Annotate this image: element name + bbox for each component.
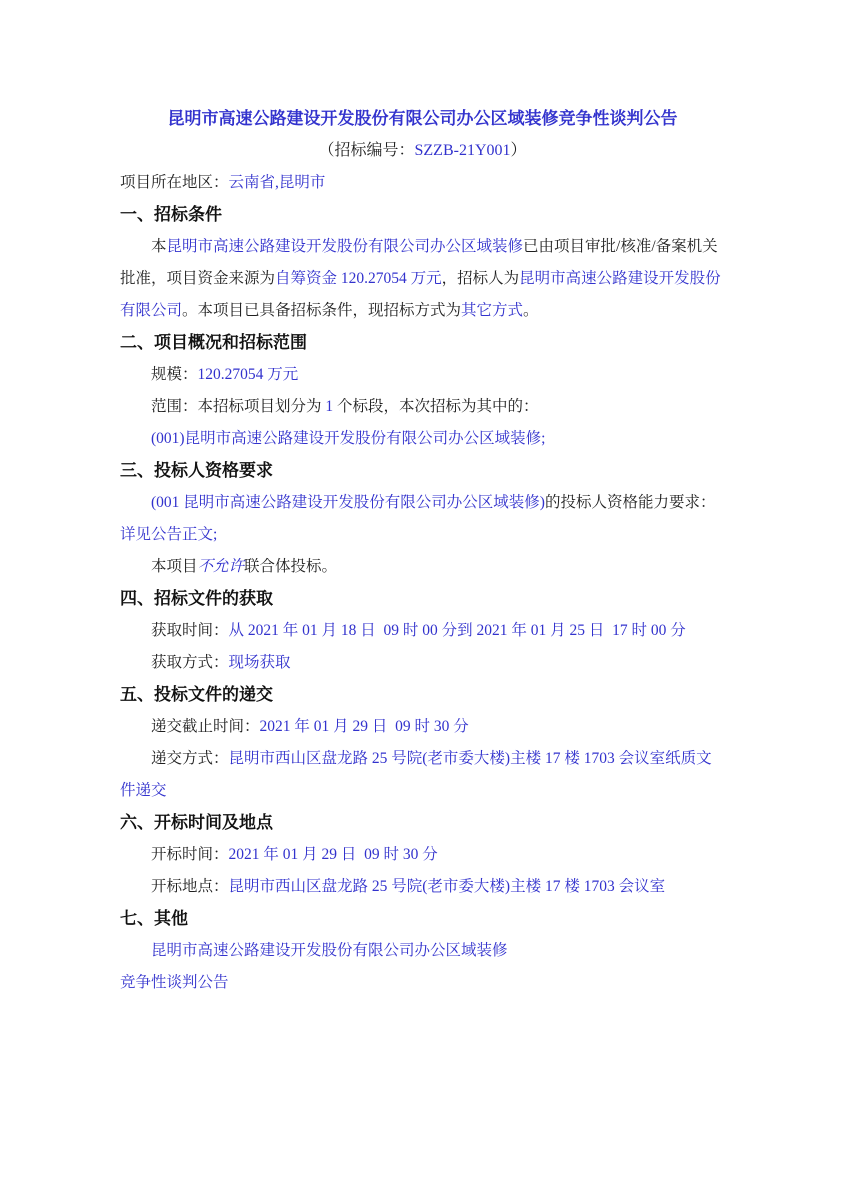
project-scale-line: 规模：120.27054 万元 [120, 359, 725, 391]
consortium-text: 本项目 [151, 558, 198, 575]
submission-deadline-value: 2021 年 01 月 29 日 09 时 30 分 [260, 718, 469, 735]
bid-opening-time-line: 开标时间：2021 年 01 月 29 日 09 时 30 分 [120, 839, 725, 871]
tender-method-value: 其它方式 [461, 302, 523, 319]
other-announcement-type-line: 竞争性谈判公告 [120, 967, 725, 999]
submission-deadline-label: 递交截止时间： [151, 718, 260, 735]
tender-scope-text: 个标段，本次招标为其中的： [333, 398, 538, 415]
tender-number-code: SZZB-21Y001 [415, 142, 511, 159]
section-3-heading: 三、投标人资格要求 [120, 455, 725, 487]
lot-count-value: 1 [325, 398, 333, 415]
submission-deadline-line: 递交截止时间：2021 年 01 月 29 日 09 时 30 分 [120, 711, 725, 743]
section-6-heading: 六、开标时间及地点 [120, 807, 725, 839]
document-obtain-time-value: 从 2021 年 01 月 18 日 09 时 00 分到 2021 年 01 … [229, 622, 686, 639]
tender-conditions-paragraph: 本昆明市高速公路建设开发股份有限公司办公区域装修已由项目审批/核准/备案机关批准… [120, 231, 725, 327]
qualification-detail-ref: 详见公告正文; [120, 526, 217, 543]
other-project-name-value: 昆明市高速公路建设开发股份有限公司办公区域装修 [151, 942, 508, 959]
project-region-label: 项目所在地区： [120, 174, 229, 191]
paragraph-text: 。 [523, 302, 539, 319]
paragraph-text: 本 [151, 238, 167, 255]
section-5-heading: 五、投标文件的递交 [120, 679, 725, 711]
tender-number-prefix: （招标编号： [318, 142, 414, 159]
document-obtain-method-label: 获取方式： [151, 654, 229, 671]
tender-number-line: （招标编号：SZZB-21Y001） [120, 135, 725, 167]
document-obtain-time-label: 获取时间： [151, 622, 229, 639]
project-region-line: 项目所在地区：云南省,昆明市 [120, 167, 725, 199]
bid-opening-place-value: 昆明市西山区盘龙路 25 号院(老市委大楼)主楼 17 楼 1703 会议室 [229, 878, 666, 895]
lot-qualification-ref: (001 昆明市高速公路建设开发股份有限公司办公区域装修) [151, 494, 545, 511]
bid-opening-place-line: 开标地点：昆明市西山区盘龙路 25 号院(老市委大楼)主楼 17 楼 1703 … [120, 871, 725, 903]
section-4-heading: 四、招标文件的获取 [120, 583, 725, 615]
tender-scope-line: 范围：本招标项目划分为 1 个标段，本次招标为其中的： [120, 391, 725, 423]
tender-scope-text: 本招标项目划分为 [198, 398, 326, 415]
document-obtain-method-value: 现场获取 [229, 654, 291, 671]
tender-scope-label: 范围： [151, 398, 198, 415]
other-announcement-type-value: 竞争性谈判公告 [120, 974, 229, 991]
bid-opening-time-value: 2021 年 01 月 29 日 09 时 30 分 [229, 846, 438, 863]
document-obtain-method-line: 获取方式：现场获取 [120, 647, 725, 679]
consortium-not-allowed-value: 不允许 [198, 558, 245, 575]
submission-method-label: 递交方式： [151, 750, 229, 767]
bid-opening-time-label: 开标时间： [151, 846, 229, 863]
announcement-document: 昆明市高速公路建设开发股份有限公司办公区域装修竞争性谈判公告 （招标编号：SZZ… [0, 0, 849, 1200]
document-obtain-time-line: 获取时间：从 2021 年 01 月 18 日 09 时 00 分到 2021 … [120, 615, 725, 647]
funding-source-value: 自筹资金 120.27054 万元 [275, 270, 442, 287]
section-7-heading: 七、其他 [120, 903, 725, 935]
section-1-heading: 一、招标条件 [120, 199, 725, 231]
section-2-heading: 二、项目概况和招标范围 [120, 327, 725, 359]
project-scale-label: 规模： [151, 366, 198, 383]
qualification-text: 的投标人资格能力要求： [545, 494, 716, 511]
bid-opening-place-label: 开标地点： [151, 878, 229, 895]
consortium-text: 联合体投标。 [244, 558, 337, 575]
submission-method-line: 递交方式：昆明市西山区盘龙路 25 号院(老市委大楼)主楼 17 楼 1703 … [120, 743, 725, 807]
document-title: 昆明市高速公路建设开发股份有限公司办公区域装修竞争性谈判公告 [120, 103, 725, 135]
paragraph-text: 。本项目已具备招标条件，现招标方式为 [182, 302, 461, 319]
consortium-line: 本项目不允许联合体投标。 [120, 551, 725, 583]
project-scale-value: 120.27054 万元 [198, 366, 299, 383]
paragraph-text: ，招标人为 [442, 270, 520, 287]
tender-number-suffix: ） [511, 142, 527, 159]
qualification-requirements-paragraph: (001 昆明市高速公路建设开发股份有限公司办公区域装修)的投标人资格能力要求：… [120, 487, 725, 551]
project-region-value: 云南省,昆明市 [229, 174, 326, 191]
lot-001-line: (001)昆明市高速公路建设开发股份有限公司办公区域装修; [120, 423, 725, 455]
lot-001-value: (001)昆明市高速公路建设开发股份有限公司办公区域装修; [151, 430, 545, 447]
project-name-text: 昆明市高速公路建设开发股份有限公司办公区域装修 [167, 238, 524, 255]
other-project-name-line: 昆明市高速公路建设开发股份有限公司办公区域装修 [120, 935, 725, 967]
